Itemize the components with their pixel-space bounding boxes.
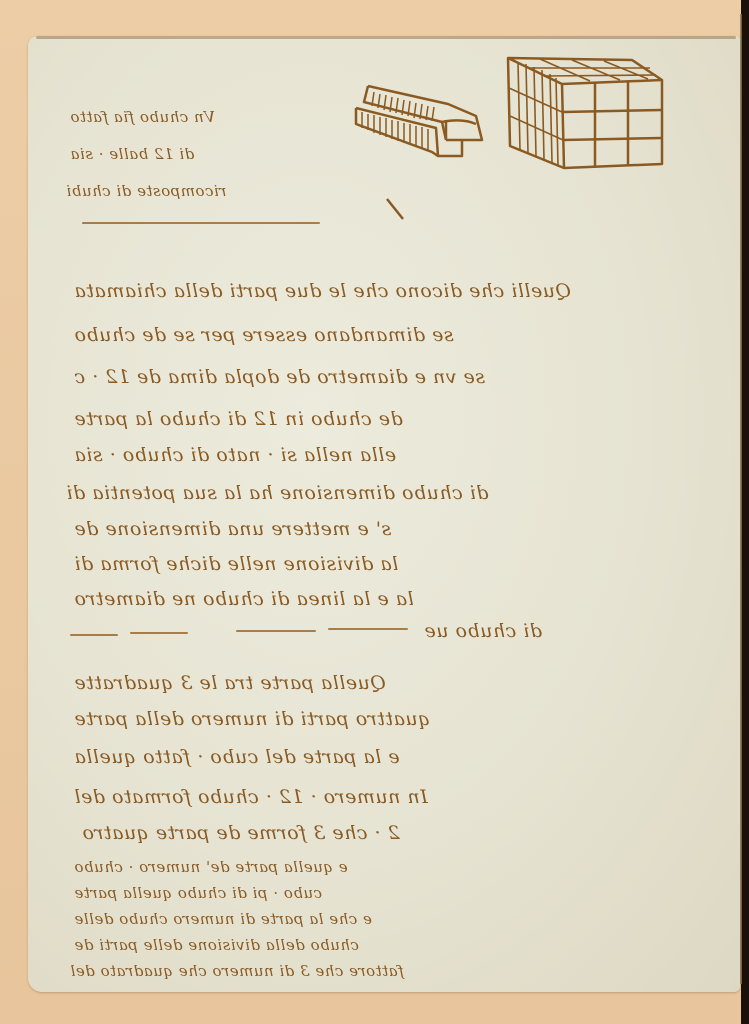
divider-dash <box>236 630 316 632</box>
page-top-edge <box>36 36 736 39</box>
manuscript-page <box>28 36 740 992</box>
header-note-line-1: Vn chubo fia fatto <box>70 108 215 126</box>
para2-line-7: cubo · pi di chubo quella parte <box>74 884 322 902</box>
para2-line-2: quattro parti di numero della parte <box>74 708 430 730</box>
header-note-line-3: ricomposte di chubi <box>66 182 226 200</box>
para1-line-8: la divisione nelle diche forma di <box>74 553 398 575</box>
para2-line-8: e che la parte di numero chubo delle <box>74 910 372 928</box>
para1-line-3: se vn e diametro de dopla dima de 12 · c <box>74 366 485 388</box>
para2-line-4: In numero · 12 · chubo formato del <box>74 786 428 808</box>
para2-line-5: 2 · che 3 forme de parte quatro <box>82 822 400 844</box>
divider-dash <box>328 628 408 630</box>
binding-edge <box>741 0 749 1024</box>
page-fold-line <box>740 14 742 984</box>
cube-grid-sketch <box>500 50 670 175</box>
ink-mark <box>383 195 407 223</box>
divider-dash <box>130 632 188 634</box>
para2-line-1: Quella parte tra le 3 quadratte <box>74 672 386 694</box>
para2-line-10: fattore che 3 di numero che quadrato del <box>70 962 404 980</box>
stacked-slabs-sketch <box>350 78 490 168</box>
para2-line-3: e la parte del cubo · fatto quella <box>74 746 400 768</box>
para1-line-7: s' e mettere una dimensione de <box>74 518 391 540</box>
header-note-line-2: di 12 balle · sia <box>70 145 194 163</box>
para1-line-5: ella nella si · nato di chubo · sia <box>74 444 396 466</box>
para1-line-6: di chubo dimensione ha la sua potentia d… <box>66 482 489 504</box>
para1-line-10: di chubo ue <box>424 620 542 642</box>
para2-line-6: e quella parte de' numero · chubo <box>74 858 348 876</box>
para2-line-9: chubo della divisione delle parti de <box>74 936 359 954</box>
para1-line-9: la e la linea di chubo ne diametro <box>74 588 414 610</box>
divider-dash <box>70 634 118 636</box>
para1-line-2: se dimandano essere per se de chubo <box>74 324 454 346</box>
para1-line-4: de chubo in 12 di chubo la parte <box>74 408 403 430</box>
para1-line-1: Quelli che dicono che le due parti della… <box>74 280 571 302</box>
header-underline <box>82 222 320 224</box>
